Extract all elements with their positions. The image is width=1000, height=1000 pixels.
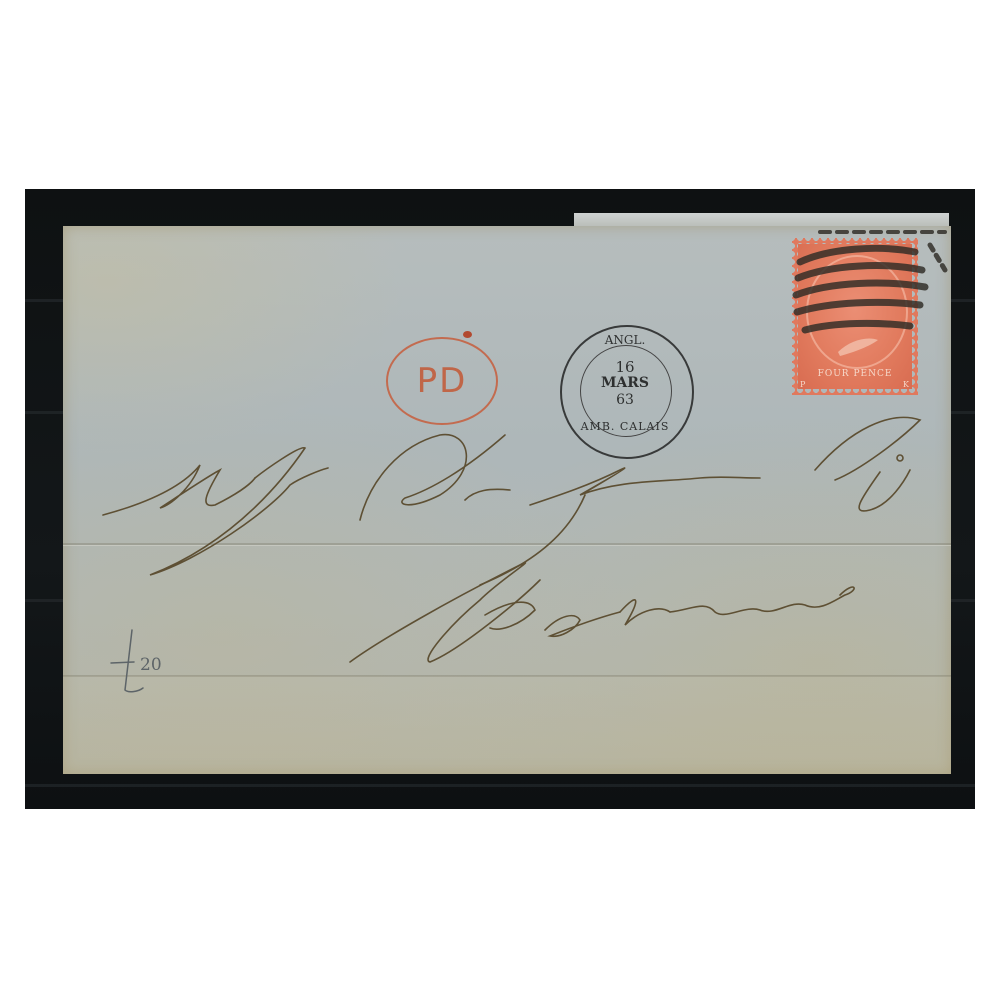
- pd-handstamp: PD: [386, 337, 498, 425]
- lower-panel: [63, 676, 951, 774]
- mount-strip: [25, 784, 975, 787]
- postmark-day: 16: [595, 358, 655, 376]
- postmark-top-text: ANGL.: [585, 333, 665, 347]
- stamp-corner-letter-right: K: [903, 380, 909, 389]
- postmark-bottom-text: AMB. CALAIS: [568, 420, 682, 433]
- red-ink-blot: [463, 331, 472, 338]
- postmark-year: 63: [595, 392, 655, 408]
- stamp-value-text: FOUR PENCE: [806, 369, 904, 379]
- paper-edge-sliver: [574, 213, 949, 227]
- postmark-month: MARS: [590, 375, 660, 391]
- fold-highlight: [63, 545, 951, 546]
- stamp-corner-letter-left: P: [800, 380, 805, 389]
- stamp-oval-frame: [806, 255, 908, 369]
